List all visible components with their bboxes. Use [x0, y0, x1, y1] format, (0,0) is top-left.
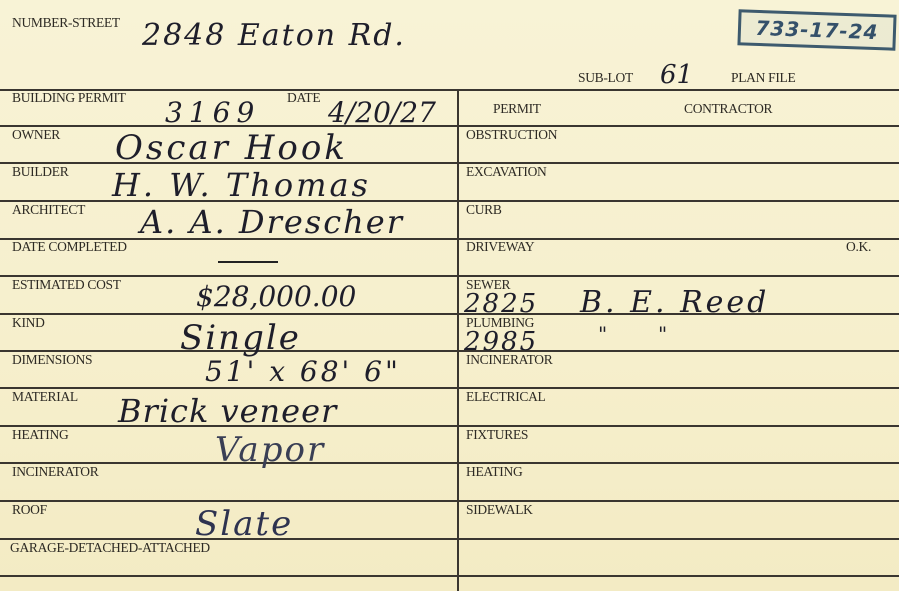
builder-value: H. W. Thomas	[112, 166, 371, 204]
dimensions-label: DIMENSIONS	[12, 352, 92, 368]
rule-line	[0, 89, 899, 91]
incinerator-permit-label: INCINERATOR	[466, 352, 552, 368]
permit-column-header: PERMIT	[493, 101, 541, 117]
dimensions-value: 51' x 68' 6"	[205, 355, 401, 388]
rule-line	[0, 275, 899, 277]
estimated-cost-label: ESTIMATED COST	[12, 277, 121, 293]
rule-line	[0, 125, 899, 127]
number-street-value: 2848 Eaton Rd.	[142, 18, 406, 53]
kind-label: KIND	[12, 315, 45, 331]
curb-label: CURB	[466, 202, 502, 218]
owner-value: Oscar Hook	[115, 128, 348, 168]
heating-label: HEATING	[12, 427, 68, 443]
sub-lot-value: 61	[660, 60, 693, 90]
obstruction-label: OBSTRUCTION	[466, 127, 557, 143]
architect-value: A. A. Drescher	[140, 203, 404, 241]
date-label: DATE	[287, 90, 320, 106]
date-value: 4/20/27	[328, 96, 436, 129]
rule-line	[0, 575, 899, 577]
plumbing-contractor-ditto: " "	[598, 322, 667, 346]
garage-label: GARAGE-DETACHED-ATTACHED	[10, 540, 210, 556]
estimated-cost-value: $28,000.00	[196, 280, 356, 313]
driveway-note: O.K.	[846, 239, 871, 255]
sidewalk-label: SIDEWALK	[466, 502, 533, 518]
rule-line	[0, 238, 899, 240]
plan-file-label: PLAN FILE	[731, 70, 795, 86]
permit-card: NUMBER-STREET 2848 Eaton Rd. 733-17-24 S…	[0, 0, 899, 591]
roof-label: ROOF	[12, 502, 47, 518]
building-permit-label: BUILDING PERMIT	[12, 90, 126, 106]
building-permit-value: 3169	[165, 96, 260, 129]
architect-label: ARCHITECT	[12, 202, 85, 218]
column-divider	[457, 89, 459, 591]
heating-permit-label: HEATING	[466, 464, 522, 480]
rule-line	[0, 462, 899, 464]
rule-line	[0, 500, 899, 502]
excavation-label: EXCAVATION	[466, 164, 547, 180]
electrical-label: ELECTRICAL	[466, 389, 546, 405]
fixtures-label: FIXTURES	[466, 427, 528, 443]
kind-value: Single	[180, 318, 301, 358]
incinerator-label: INCINERATOR	[12, 464, 98, 480]
sewer-contractor: B. E. Reed	[580, 285, 769, 320]
material-value: Brick veneer	[118, 392, 337, 430]
roof-value: Slate	[195, 504, 293, 544]
date-completed-dash	[218, 261, 278, 263]
owner-label: OWNER	[12, 127, 60, 143]
heating-value: Vapor	[215, 430, 325, 470]
driveway-label: DRIVEWAY	[466, 239, 534, 255]
rule-line	[0, 387, 899, 389]
contractor-column-header: CONTRACTOR	[684, 101, 772, 117]
rule-line	[0, 350, 899, 352]
number-street-label: NUMBER-STREET	[12, 15, 120, 31]
sub-lot-label: SUB-LOT	[578, 70, 633, 86]
builder-label: BUILDER	[12, 164, 68, 180]
material-label: MATERIAL	[12, 389, 78, 405]
file-number-stamp: 733-17-24	[737, 9, 896, 50]
date-completed-label: DATE COMPLETED	[12, 239, 127, 255]
